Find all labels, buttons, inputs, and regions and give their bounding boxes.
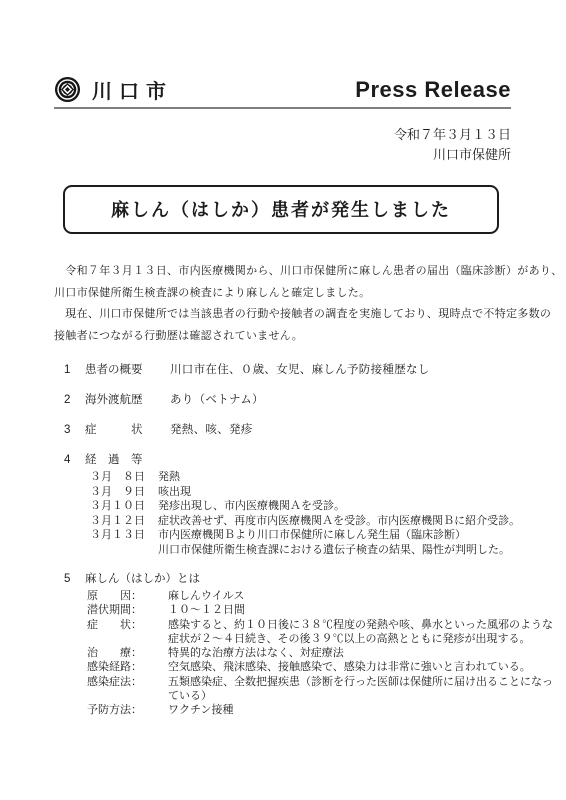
timeline-text: 市内医療機関Ｂより川口市保健所に麻しん発生届（臨床診断） <box>158 528 511 543</box>
header: 川口市 Press Release <box>54 75 511 109</box>
definition-value-line: ている） <box>168 689 553 703</box>
definition-label: 感染経路： <box>87 660 168 674</box>
item-label: 海外渡航歴 <box>85 392 170 408</box>
timeline-text: 発疹出現し、市内医療機関Ａを受診。 <box>158 499 511 514</box>
definition-row-incubation: 潜伏期間： １０～１２日間 <box>54 603 511 617</box>
item-number: 2 <box>64 392 85 408</box>
issuing-organization: 川口市保健所 <box>54 145 511 165</box>
definition-row-symptoms: 症 状： 感染すると、約１０日後に３８℃程度の発熱や咳、鼻水といった風邪のような… <box>54 618 511 647</box>
timeline-continuation: 川口市保健所衛生検査課における遺伝子検査の結果、陽性が判明した。 <box>54 543 511 558</box>
item-number: 4 <box>64 452 85 468</box>
definition-value: 特異的な治療方法はなく、対症療法 <box>168 646 511 660</box>
definition-value: １０～１２日間 <box>168 603 511 617</box>
timeline-row: ３月 ９日 咳出現 <box>54 485 511 500</box>
definition-row-law: 感染症法： 五類感染症、全数把握疾患（診断を行った医師は保健所に届け出ることにな… <box>54 675 511 704</box>
definition-label: 感染症法： <box>87 675 168 704</box>
definition-value: 五類感染症、全数把握疾患（診断を行った医師は保健所に届け出ることになっ ている） <box>168 675 553 704</box>
item-label: 麻しん（はしか）とは <box>85 571 170 587</box>
definition-row-treatment: 治 療： 特異的な治療方法はなく、対症療法 <box>54 646 511 660</box>
definition-row-transmission: 感染経路： 空気感染、飛沫感染、接触感染で、感染力は非常に強いと言われている。 <box>54 660 511 674</box>
page-title: 麻しん（はしか）患者が発生しました <box>111 200 451 220</box>
list-item-about-measles: 5 麻しん（はしか）とは <box>64 571 511 587</box>
timeline-date: ３月 ９日 <box>90 485 158 500</box>
timeline-text: 症状改善せず、再度市内医療機関Ａを受診。市内医療機関Ｂに紹介受診。 <box>158 514 520 529</box>
timeline-row: ３月１０日 発疹出現し、市内医療機関Ａを受診。 <box>54 499 511 514</box>
definition-label: 予防方法： <box>87 703 168 717</box>
definition-value-line: 症状が２～４日続き、その後３９℃以上の高熱とともに発疹が出現する。 <box>168 632 553 646</box>
item-number: 1 <box>64 362 85 378</box>
timeline-text: 咳出現 <box>158 485 511 500</box>
numbered-items: 1 患者の概要 川口市在住、０歳、女児、麻しん予防接種歴なし 2 海外渡航歴 あ… <box>54 362 511 718</box>
timeline-row: ３月１３日 市内医療機関Ｂより川口市保健所に麻しん発生届（臨床診断） <box>54 528 511 543</box>
definition-value-line: 五類感染症、全数把握疾患（診断を行った医師は保健所に届け出ることになっ <box>168 675 553 689</box>
timeline-text: 発熱 <box>158 470 511 485</box>
item-label: 経 過 等 <box>85 452 170 468</box>
press-release-page: 川口市 Press Release 令和７年３月１３日 川口市保健所 麻しん（は… <box>0 0 566 800</box>
paragraph-line: 現在、川口市保健所では当該患者の行動や接触者の調査を実施しており、現時点で不特定… <box>54 304 511 326</box>
city-emblem-icon <box>54 76 81 103</box>
timeline-row: ３月 ８日 発熱 <box>54 470 511 485</box>
item-number: 3 <box>64 422 85 438</box>
definition-value: ワクチン接種 <box>168 703 511 717</box>
item-label: 患者の概要 <box>85 362 170 378</box>
definition-value-line: 感染すると、約１０日後に３８℃程度の発熱や咳、鼻水といった風邪のような <box>168 618 553 632</box>
item-label: 症 状 <box>85 422 170 438</box>
definition-value: 空気感染、飛沫感染、接触感染で、感染力は非常に強いと言われている。 <box>168 660 531 674</box>
item-number: 5 <box>64 571 85 587</box>
timeline-row: ３月１２日 症状改善せず、再度市内医療機関Ａを受診。市内医療機関Ｂに紹介受診。 <box>54 514 511 529</box>
definition-row-prevention: 予防方法： ワクチン接種 <box>54 703 511 717</box>
definition-label: 潜伏期間： <box>87 603 168 617</box>
city-name: 川口市 <box>92 75 173 104</box>
item-value: あり（ベトナム） <box>170 392 511 408</box>
list-item-travel-history: 2 海外渡航歴 あり（ベトナム） <box>64 392 511 408</box>
definition-row-cause: 原 因： 麻しんウイルス <box>54 589 511 603</box>
timeline-date: ３月１２日 <box>90 514 158 529</box>
timeline-date: ３月１０日 <box>90 499 158 514</box>
lead-paragraphs: 令和７年３月１３日、市内医療機関から、川口市保健所に麻しん患者の届出（臨床診断）… <box>54 261 511 347</box>
press-release-label: Press Release <box>355 77 511 103</box>
release-date: 令和７年３月１３日 <box>54 125 511 145</box>
progress-timeline: ３月 ８日 発熱 ３月 ９日 咳出現 ３月１０日 発疹出現し、市内医療機関Ａを受… <box>54 470 511 557</box>
definition-value: 感染すると、約１０日後に３８℃程度の発熱や咳、鼻水といった風邪のような 症状が２… <box>168 618 553 647</box>
timeline-date: ３月１３日 <box>90 528 158 543</box>
list-item-symptoms: 3 症 状 発熱、咳、発疹 <box>64 422 511 438</box>
paragraph-line: 令和７年３月１３日、市内医療機関から、川口市保健所に麻しん患者の届出（臨床診断）… <box>54 261 511 283</box>
paragraph-line: 接触者につながる行動歴は確認されていません。 <box>54 326 511 348</box>
list-item-patient-summary: 1 患者の概要 川口市在住、０歳、女児、麻しん予防接種歴なし <box>64 362 511 378</box>
title-box: 麻しん（はしか）患者が発生しました <box>63 185 499 234</box>
list-item-progress: 4 経 過 等 <box>64 452 511 468</box>
timeline-date: ３月 ８日 <box>90 470 158 485</box>
definition-label: 症 状： <box>87 618 168 647</box>
paragraph-line: 川口市保健所衛生検査課の検査により麻しんと確定しました。 <box>54 283 511 305</box>
item-value: 川口市在住、０歳、女児、麻しん予防接種歴なし <box>170 362 511 378</box>
measles-definitions: 原 因： 麻しんウイルス 潜伏期間： １０～１２日間 症 状： 感染すると、約１… <box>54 589 511 718</box>
definition-label: 治 療： <box>87 646 168 660</box>
definition-value: 麻しんウイルス <box>168 589 511 603</box>
definition-label: 原 因： <box>87 589 168 603</box>
item-value: 発熱、咳、発疹 <box>170 422 511 438</box>
release-meta: 令和７年３月１３日 川口市保健所 <box>54 125 511 165</box>
